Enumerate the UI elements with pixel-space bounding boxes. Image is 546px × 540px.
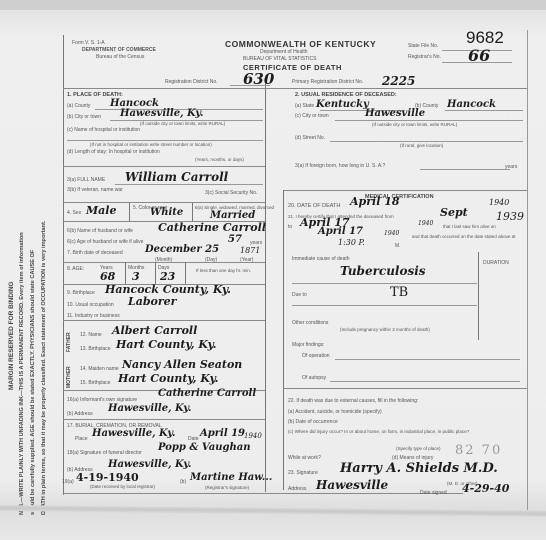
usual-residence-heading: 2. USUAL RESIDENCE OF DECEASED: <box>295 92 397 98</box>
age-days-value: 23 <box>160 270 175 283</box>
res-street-label: (d) Street No. <box>295 135 325 141</box>
immediate-cause-value: Tuberculosis <box>340 264 426 278</box>
pod-county-label: (a) County <box>67 103 90 109</box>
medical-top-border <box>283 190 527 191</box>
attended-to-label: to <box>288 224 292 230</box>
divider-burial <box>63 419 265 420</box>
res-state-value: Kentucky <box>316 99 369 110</box>
attended-to-year: 1940 <box>418 220 433 227</box>
signature-label: 23. Signature <box>288 470 318 476</box>
bureau-right: BUREAU OF VITAL STATISTICS <box>243 56 316 62</box>
pod-city-value: Hawesville, Ky. <box>120 108 203 119</box>
birthplace-label: 9. Birthplace <box>67 290 95 296</box>
res-city-note: (If outside city or town limits, write R… <box>372 122 457 127</box>
divider-sex-row <box>63 202 265 203</box>
registrars-number: 66 <box>468 46 490 65</box>
external-causes-label: 22. If death was due to external causes,… <box>288 398 418 404</box>
res-city-label: (c) City or town <box>295 113 329 119</box>
res-foreign-line <box>420 169 510 170</box>
pod-city-label: (b) City or town <box>67 114 101 120</box>
informant-address-label: (b) Address <box>67 411 93 417</box>
father-birthplace-label: 13. Birthplace <box>80 346 111 352</box>
occupation-label: 10. Usual occupation <box>67 302 114 308</box>
immediate-cause-label: Immediate cause of death <box>292 256 350 262</box>
burial-year-value: 1940 <box>244 432 262 440</box>
sex-label: 4. Sex <box>67 210 81 216</box>
bureau-left: Bureau of the Census <box>96 54 144 60</box>
divider-age-row <box>63 262 265 263</box>
filed-date-note: (Date received by local registrar) <box>90 484 155 489</box>
duration-label: DURATION <box>483 260 509 266</box>
major-findings-label: Major findings: <box>292 342 325 348</box>
registrars-no-label: Registrar's No. <box>408 54 441 60</box>
primary-district-number: 2225 <box>382 74 415 88</box>
sex-divider <box>129 203 130 221</box>
color-divider <box>192 203 193 221</box>
age-label: 8. AGE: <box>67 266 84 272</box>
res-street-note: (If rural, give location) <box>400 143 443 148</box>
registrar-label: (b) <box>180 479 186 485</box>
pod-stay-note: (Years, months, or days) <box>195 157 244 162</box>
father-name-label: 12. Name <box>80 332 102 338</box>
column-divider <box>265 82 266 492</box>
burial-place-value: Hawesville, Ky. <box>92 428 175 439</box>
other-conditions-label: Other conditions <box>292 320 328 326</box>
funeral-director-value: Popp & Vaughan <box>158 442 251 453</box>
burial-date-value: April 19 <box>200 428 245 439</box>
death-time-value: 1:30 P. <box>338 238 365 247</box>
filed-date-value: 4-19-1940 <box>76 471 139 484</box>
date-of-death-label: 20. DATE OF DEATH <box>288 203 340 209</box>
age-col-divider-3 <box>185 262 186 284</box>
mother-birthplace-label: 15. Birthplace <box>80 380 111 386</box>
death-occurred-label: and that death occurred on the date stat… <box>412 234 515 239</box>
informant-value: Catherine Carroll <box>158 388 256 399</box>
pod-hospital-note: (If not in hospital or institution write… <box>90 142 212 147</box>
form-right-border <box>527 30 528 510</box>
form-left-border <box>63 35 64 495</box>
state-file-number: 9682 <box>466 28 504 48</box>
section-divider-left <box>63 166 265 167</box>
operation-label: Of operation <box>302 353 330 359</box>
full-name-line <box>115 184 263 185</box>
attended-from-year: 1939 <box>496 210 524 223</box>
registration-district-label: Registration District No. <box>165 79 218 85</box>
res-city-line <box>335 120 523 121</box>
father-name-value: Albert Carroll <box>112 324 197 337</box>
marital-value: Married <box>210 210 255 221</box>
cause-line-2 <box>292 305 477 306</box>
form-bottom-border <box>63 493 463 494</box>
autopsy-label: Of autopsy <box>302 375 326 381</box>
state-file-label: State File No. <box>408 43 438 49</box>
burial-place-label: Place <box>75 436 88 442</box>
department-left: DEPARTMENT OF COMMERCE <box>82 47 156 53</box>
physician-address-label: Address <box>288 486 306 492</box>
last-seen-value: April 17 <box>318 226 363 237</box>
state-title: COMMONWEALTH OF KENTUCKY <box>225 39 376 49</box>
res-foreign-units: years <box>505 164 517 170</box>
spouse-label: 6(b) Name of husband or wife <box>67 228 133 234</box>
mother-side-label: MOTHER <box>66 366 72 388</box>
informant-address-value: Hawesville, Ky. <box>108 403 191 414</box>
date-signed-label: Date signed <box>420 490 447 496</box>
res-county-value: Hancock <box>447 99 496 110</box>
full-name-label: 3(a) FULL NAME <box>67 177 105 183</box>
death-time-suffix: M. <box>395 243 401 249</box>
date-of-death-year: 1940 <box>489 198 509 207</box>
operation-line <box>335 359 520 360</box>
margin-line-2: should be carefully supplied. AGE should… <box>30 250 36 515</box>
birth-year-value: 1871 <box>240 246 260 255</box>
stamp-code: 82 70 <box>455 443 502 458</box>
mother-name-value: Nancy Allen Seaton <box>122 358 242 371</box>
social-security-label: 3(c) Social Security No. <box>205 190 257 196</box>
at-work-label: While at work? <box>288 455 321 461</box>
funeral-director-label: 18(a) Signature of funeral director <box>67 450 142 456</box>
medical-left-border <box>283 190 284 490</box>
pod-hospital-line <box>67 140 263 141</box>
place-type-note: (Specify type of place) <box>396 446 441 451</box>
divider-external <box>283 388 527 389</box>
res-city-value: Hawesville <box>365 108 425 119</box>
last-seen-label: that I last saw him alive on <box>443 224 496 229</box>
margin-line-3: DEATH in plain terms, so that it may be … <box>41 221 47 515</box>
age-less-day: If less than one day hr. min. <box>196 268 251 273</box>
pod-city-note: (If outside city or town limits, write R… <box>140 121 225 126</box>
form-number: Form V. S. 1-A <box>72 40 105 46</box>
autopsy-line <box>330 381 520 382</box>
cause-line-1 <box>292 283 477 284</box>
injury-label: (c) Where did injury occur? In or about … <box>288 429 469 434</box>
res-street-line <box>330 141 523 142</box>
date-of-death-value: April 18 <box>350 195 400 208</box>
scan-top-edge <box>0 0 546 10</box>
age-years-value: 68 <box>100 270 115 283</box>
birth-month-day-value: December 25 <box>145 244 219 255</box>
accident-label: (a) Accident, suicide, or homicide (spec… <box>288 409 382 415</box>
spouse-age-value: 57 <box>228 234 242 245</box>
last-seen-year: 1940 <box>384 230 399 237</box>
pod-stay-label: (d) Length of stay: In hospital or insti… <box>67 149 160 155</box>
full-name-value: William Carroll <box>125 170 228 184</box>
res-foreign-label: 3(a) If foreign born, how long in U. S. … <box>295 163 385 169</box>
physician-signature: Harry A. Shields M.D. <box>340 461 498 476</box>
filed-label: 19(a) <box>62 479 74 485</box>
death-certificate-scan: MARGIN RESERVED FOR BINDING N. B.—WRITE … <box>0 0 546 540</box>
margin-binding-text: MARGIN RESERVED FOR BINDING <box>8 281 15 390</box>
other-conditions-note: (Include pregnancy within 3 months of de… <box>340 327 430 332</box>
divider-parents <box>63 320 265 321</box>
mother-birthplace-value: Hart County, Ky. <box>118 372 218 385</box>
birth-date-label: 7. Birth date of deceased <box>67 250 123 256</box>
occurrence-label: (b) Date of occurrence <box>288 419 338 425</box>
date-signed-value: 4-29-40 <box>462 482 509 495</box>
age-col-divider-2 <box>155 262 156 284</box>
res-state-label: (a) State <box>295 103 314 109</box>
sex-value: Male <box>86 204 116 217</box>
color-value: White <box>150 207 183 218</box>
margin-line-1: N. B.—WRITE PLAINLY WITH UNFADING INK—TH… <box>19 232 25 515</box>
department-right: Department of Health <box>260 49 308 55</box>
veteran-label: 3(b) If veteran, name war <box>67 187 123 193</box>
duration-divider <box>478 252 479 340</box>
age-col-divider-1 <box>125 262 126 284</box>
pod-hospital-label: (c) Name of hospital or institution <box>67 127 140 133</box>
director-address-value: Hawesville, Ky. <box>108 459 191 470</box>
due-to-value: TB <box>390 285 408 300</box>
header-divider <box>63 88 527 89</box>
margin-instructions: MARGIN RESERVED FOR BINDING N. B.—WRITE … <box>4 45 56 525</box>
occupation-value: Laborer <box>128 295 176 308</box>
res-county-line <box>445 110 523 111</box>
father-side-label: FATHER <box>66 332 72 352</box>
spouse-value: Catherine Carroll <box>158 221 266 234</box>
due-to-label: Due to <box>292 292 307 298</box>
primary-district-label: Primary Registration District No. <box>292 79 363 85</box>
attended-from-value: Sept <box>440 206 468 219</box>
industry-label: 11. Industry or business <box>67 313 120 319</box>
registrar-signature: Martine Haw... <box>190 472 272 483</box>
age-months-value: 3 <box>132 270 140 283</box>
physician-address-value: Hawesville <box>316 478 388 492</box>
registration-district-number: 630 <box>243 70 274 88</box>
registrar-note: (Registrar's signature) <box>205 485 249 490</box>
spouse-age-label: 6(c) Age of husband or wife if alive <box>67 239 143 245</box>
father-birthplace-value: Hart County, Ky. <box>116 338 216 351</box>
mother-name-label: 14. Maiden name <box>80 366 119 372</box>
scan-fold-shadow <box>0 505 546 517</box>
